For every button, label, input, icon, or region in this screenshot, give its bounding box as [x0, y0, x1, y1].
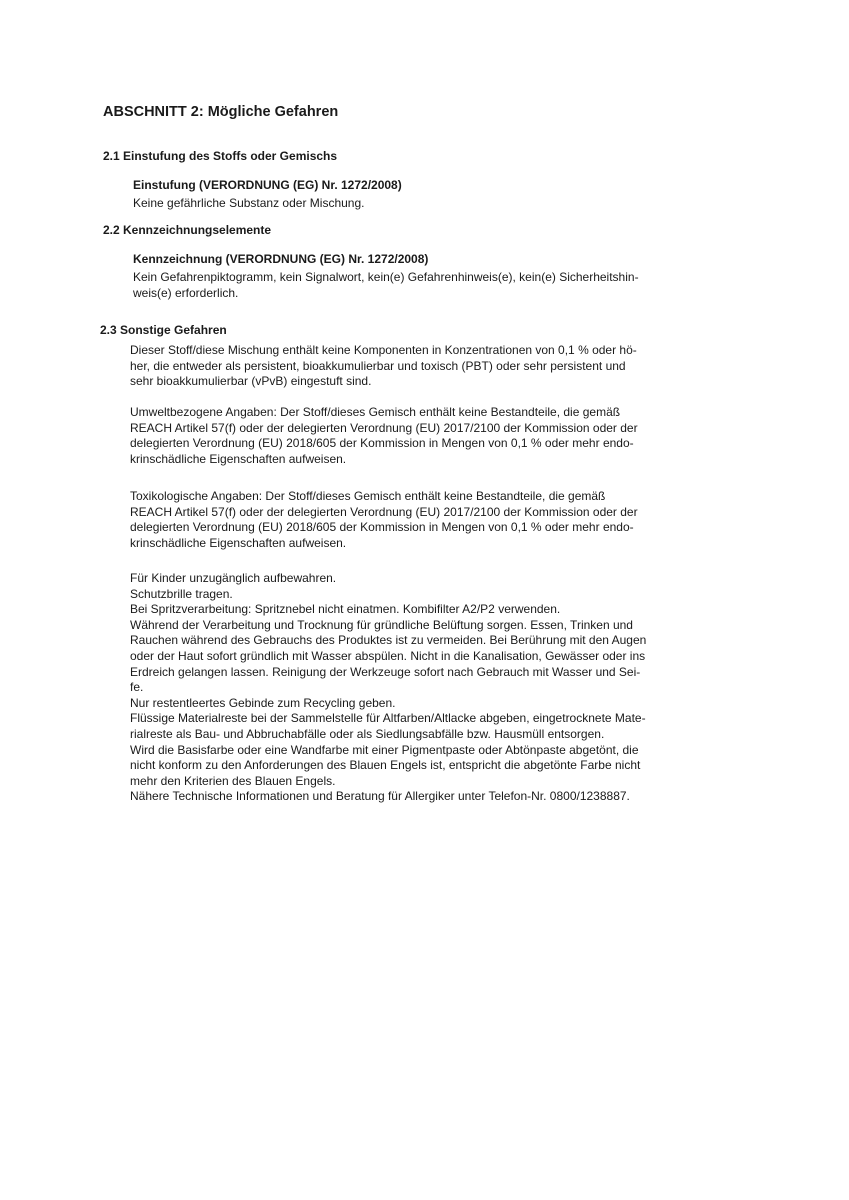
text-line: Nähere Technische Informationen und Bera… [130, 789, 750, 805]
text-line: sehr bioakkumulierbar (vPvB) eingestuft … [130, 374, 750, 390]
kennzeichnung-text: Kein Gefahrenpiktogramm, kein Signalwort… [133, 270, 753, 301]
text-line: mehr den Kriterien des Blauen Engels. [130, 774, 750, 790]
text-line: Wird die Basisfarbe oder eine Wandfarbe … [130, 743, 750, 759]
text-line: Erdreich gelangen lassen. Reinigung der … [130, 665, 750, 681]
paragraph-umwelt: Umweltbezogene Angaben: Der Stoff/dieses… [130, 405, 750, 467]
text-line: rialreste als Bau- und Abbruchabfälle od… [130, 727, 750, 743]
text-line: oder der Haut sofort gründlich mit Wasse… [130, 649, 750, 665]
paragraph-pbt: Dieser Stoff/diese Mischung enthält kein… [130, 343, 750, 390]
heading-2-2: 2.2 Kennzeichnungselemente [103, 223, 271, 237]
text-line: fe. [130, 680, 750, 696]
text-line: weis(e) erforderlich. [133, 286, 753, 302]
text-line: Für Kinder unzugänglich aufbewahren. [130, 571, 750, 587]
paragraph-toxikologisch: Toxikologische Angaben: Der Stoff/dieses… [130, 489, 750, 551]
text-line: krinschädliche Eigenschaften aufweisen. [130, 536, 750, 552]
text-line: Rauchen während des Gebrauchs des Produk… [130, 633, 750, 649]
text-line: Schutzbrille tragen. [130, 587, 750, 603]
text-line: delegierten Verordnung (EU) 2018/605 der… [130, 436, 750, 452]
text-line: Bei Spritzverarbeitung: Spritznebel nich… [130, 602, 750, 618]
section-title: ABSCHNITT 2: Mögliche Gefahren [103, 104, 338, 120]
text-line: Toxikologische Angaben: Der Stoff/dieses… [130, 489, 750, 505]
text-line: Umweltbezogene Angaben: Der Stoff/dieses… [130, 405, 750, 421]
text-line: Kein Gefahrenpiktogramm, kein Signalwort… [133, 270, 753, 286]
text-line: krinschädliche Eigenschaften aufweisen. [130, 452, 750, 468]
text-line: Nur restentleertes Gebinde zum Recycling… [130, 696, 750, 712]
text-line: nicht konform zu den Anforderungen des B… [130, 758, 750, 774]
text-line: Dieser Stoff/diese Mischung enthält kein… [130, 343, 750, 359]
text-line: REACH Artikel 57(f) oder der delegierten… [130, 421, 750, 437]
text-line: REACH Artikel 57(f) oder der delegierten… [130, 505, 750, 521]
subheading-kennzeichnung: Kennzeichnung (VERORDNUNG (EG) Nr. 1272/… [133, 252, 428, 266]
text-line: her, die entweder als persistent, bioakk… [130, 359, 750, 375]
einstufung-text: Keine gefährliche Substanz oder Mischung… [133, 196, 364, 212]
text-line: Während der Verarbeitung und Trocknung f… [130, 618, 750, 634]
heading-2-1: 2.1 Einstufung des Stoffs oder Gemischs [103, 149, 337, 163]
text-line: delegierten Verordnung (EU) 2018/605 der… [130, 520, 750, 536]
paragraph-hinweise: Für Kinder unzugänglich aufbewahren.Schu… [130, 571, 750, 805]
text-line: Flüssige Materialreste bei der Sammelste… [130, 711, 750, 727]
subheading-einstufung: Einstufung (VERORDNUNG (EG) Nr. 1272/200… [133, 178, 402, 192]
heading-2-3: 2.3 Sonstige Gefahren [100, 323, 227, 337]
